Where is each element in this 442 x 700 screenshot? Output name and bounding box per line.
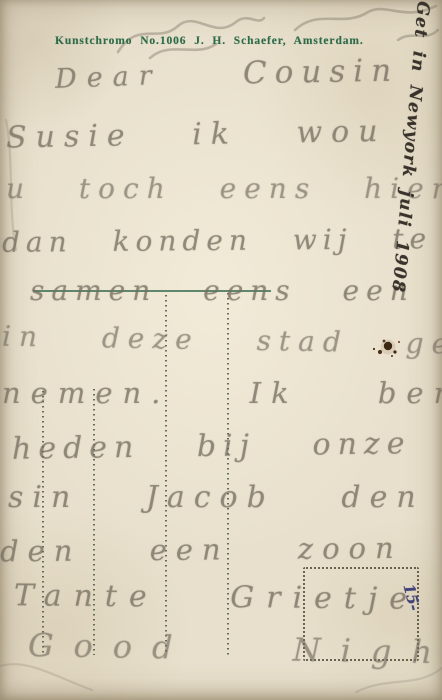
handwriting-salutation-word: Cousin (243, 53, 400, 92)
address-dotted-line (93, 389, 95, 655)
handwriting-line: u toch eens hier wa (6, 172, 442, 205)
handwriting-line: Good Night (28, 626, 442, 672)
handwriting-line: sin Jacob den Ou (8, 480, 442, 515)
publisher-imprint: Kunstchromo No.1006 J. H. Schaefer, Amst… (55, 35, 364, 47)
handwriting-line: nemen. Ik ben (2, 376, 442, 410)
handwriting-line: samen eens een kijk (30, 274, 442, 307)
handwriting-line: in deze stad geen (2, 320, 442, 362)
handwriting-line: Susie ik wou dat (6, 112, 442, 156)
handwriting-line: den een zoon van (0, 530, 442, 569)
handwriting-line: Tante Grietje (14, 578, 419, 617)
handwriting-line: dan konden wij te (2, 222, 432, 259)
handwriting-line: heden bij onze cou (12, 424, 442, 466)
faint-scribble-marks (118, 6, 438, 58)
handwriting-salutation-word: Dear (54, 60, 162, 95)
postcard-back: Kunstchromo No.1006 J. H. Schaefer, Amst… (0, 0, 442, 700)
